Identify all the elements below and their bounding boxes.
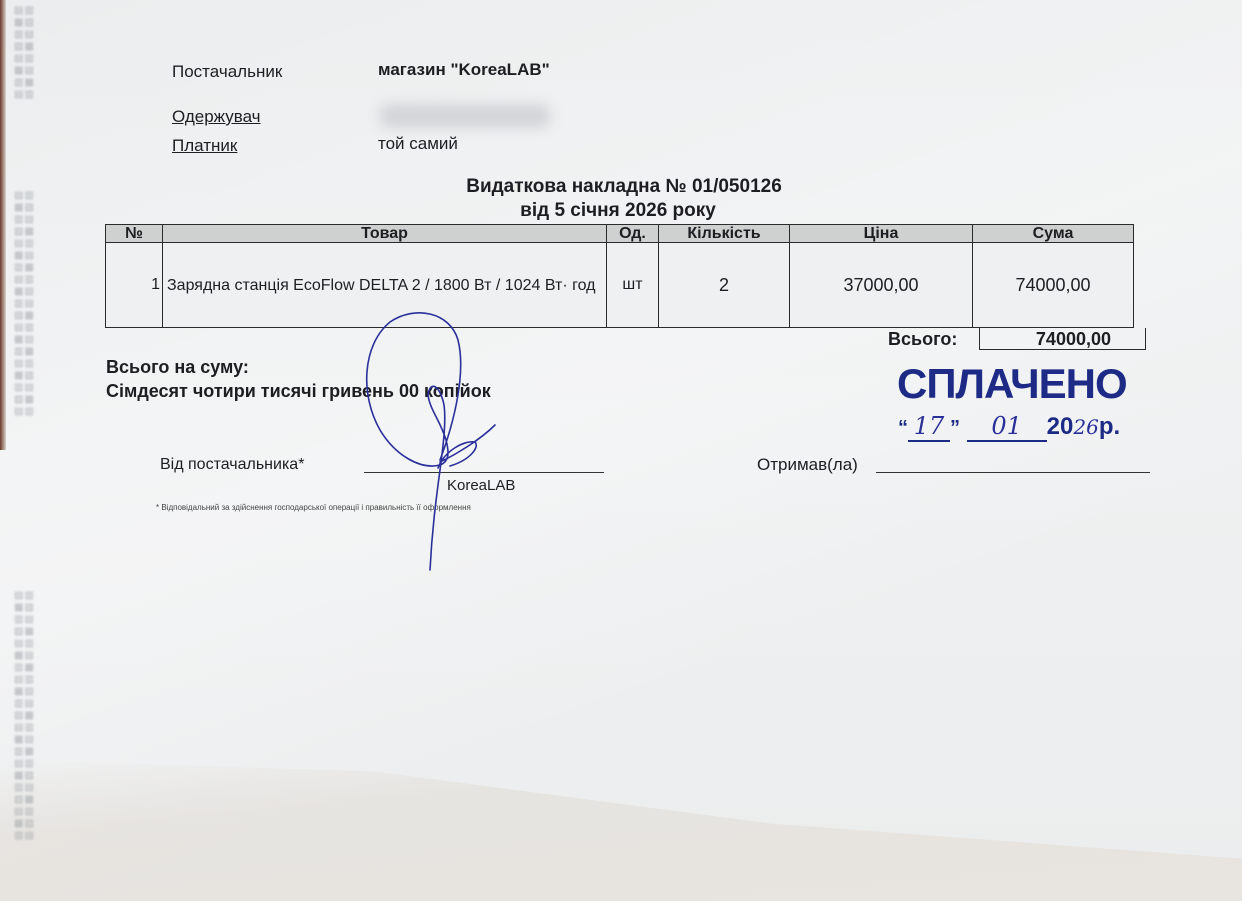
items-table: № Товар Од. Кількість Ціна Сума 1 Зарядн… (105, 224, 1134, 328)
table-header-row: № Товар Од. Кількість Ціна Сума (106, 225, 1134, 243)
column-header-quantity: Кількість (659, 225, 790, 243)
row-quantity: 2 (659, 243, 790, 328)
row-number: 1 (106, 243, 163, 328)
document-title: Видаткова накладна № 01/050126 (274, 176, 974, 198)
paid-stamp: СПЛАЧЕНО (897, 360, 1127, 408)
from-supplier-label: Від постачальника* (160, 456, 304, 474)
total-value-box: 74000,00 (979, 328, 1146, 350)
supplier-name: KoreaLAB (447, 477, 515, 494)
column-header-product: Товар (163, 225, 607, 243)
stamp-month: 01 (967, 412, 1047, 442)
column-header-sum: Сума (973, 225, 1134, 243)
receiver-signature-line (876, 472, 1150, 473)
bleed-through-text: ▤▥▦▧▥▤▧▦▤▥▦▤▥▦▤▥▦▧▥▤▧▦▤▥▦▤▥▦▤▥▦▧▥▤▧▦▤▥ (14, 190, 54, 418)
supplier-value: магазин "KoreaLAB" (378, 60, 550, 80)
footnote: * Відповідальний за здійснення господарс… (156, 503, 471, 512)
row-unit: шт (607, 243, 659, 328)
received-label: Отримав(ла) (757, 455, 858, 475)
column-header-price: Ціна (790, 225, 973, 243)
supplier-signature-line (364, 472, 604, 473)
column-header-number: № (106, 225, 163, 243)
stamp-year-prefix: 20 (1047, 413, 1074, 440)
row-product-name: Зарядна станція EcoFlow DELTA 2 / 1800 В… (163, 243, 607, 328)
amount-label: Всього на суму: (106, 357, 249, 378)
row-sum: 74000,00 (973, 243, 1134, 328)
paper-edge (0, 0, 6, 450)
stamp-day: 17 (908, 412, 950, 442)
recipient-value-redacted (380, 104, 550, 128)
amount-in-words: Сімдесят чотири тисячі гривень 00 копійо… (106, 381, 491, 402)
stamp-year-end: р. (1099, 413, 1120, 440)
row-price: 37000,00 (790, 243, 973, 328)
document-date: від 5 січня 2026 року (268, 200, 968, 222)
stamp-date: “17” 012026р. (898, 412, 1120, 442)
total-label: Всього: (888, 329, 957, 350)
supplier-label: Постачальник (172, 62, 282, 82)
bleed-through-text: ▤▥▦▧▥▤▧▦▤▥▦▤▥▦▤▥ (14, 5, 54, 101)
payer-value: той самий (378, 134, 458, 154)
total-value: 74000,00 (1036, 328, 1145, 350)
bleed-through-text: ▤▥▦▧▥▤▧▦▤▥▦▤▥▦▤▥▦▧▥▤▧▦▤▥▦▤▥▦▤▥▦▧▥▤▧▦▤▥▦▧… (14, 590, 54, 842)
recipient-label: Одержувач (172, 107, 261, 127)
column-header-unit: Од. (607, 225, 659, 243)
payer-label: Платник (172, 136, 237, 156)
table-row: 1 Зарядна станція EcoFlow DELTA 2 / 1800… (106, 243, 1134, 328)
stamp-year-suffix: 26 (1073, 415, 1098, 439)
